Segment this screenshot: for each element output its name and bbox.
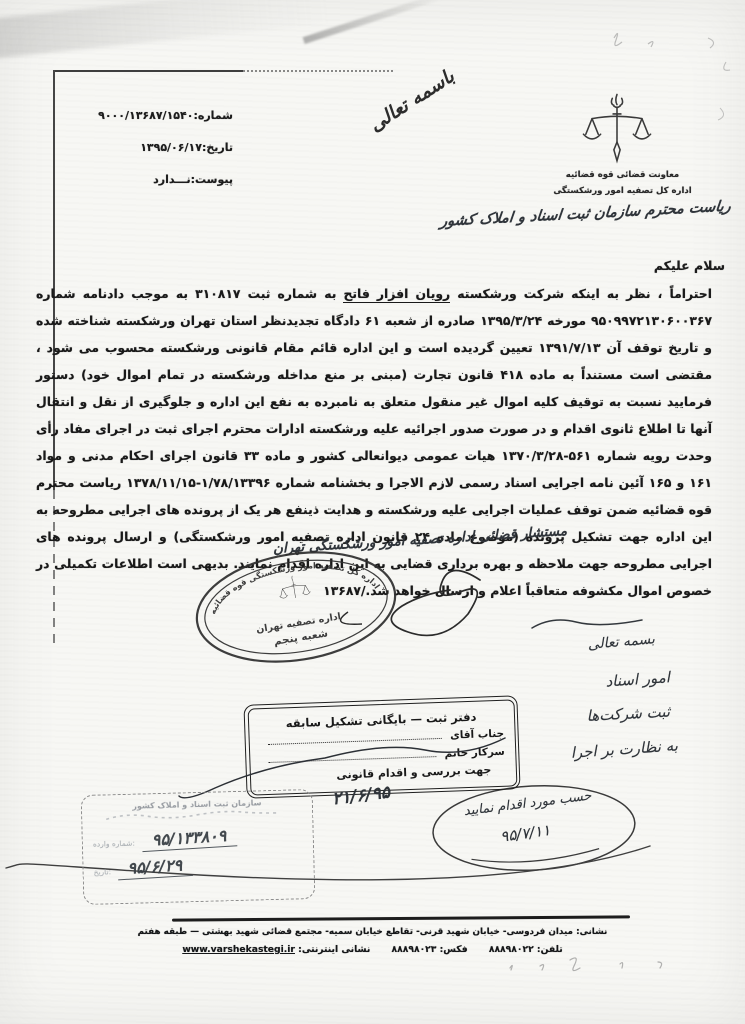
website-url: www.varshekastegi.ir — [182, 944, 295, 955]
incoming-date-value: ۹۵/۶/۲۹ — [117, 855, 193, 881]
letter-meta-block: شماره:۹۰۰۰/۱۳۶۸۷/۱۵۴۰ تاریخ:۱۳۹۵/۰۶/۱۷ پ… — [43, 100, 233, 196]
letter-attachment-row: پیوست:نـــدارد — [43, 164, 233, 196]
footer-address: نشانی: میدان فردوسی- خیابان شهید قرنی- ت… — [0, 927, 745, 937]
stamp-scales-icon — [277, 574, 311, 601]
footer-divider-line — [172, 915, 630, 921]
salutation: سلام علیکم — [654, 258, 725, 273]
letter-number-label: شماره: — [193, 109, 233, 122]
incoming-number-label: شماره وارده: — [93, 839, 135, 852]
letter-number-value: ۹۰۰۰/۱۳۶۸۷/۱۵۴۰ — [98, 109, 193, 122]
scan-border-line — [243, 70, 393, 72]
bismillah-calligraphy: باسمه تعالی — [346, 65, 459, 149]
signature-scribble — [320, 552, 500, 652]
fax-label: فکس: — [440, 944, 468, 955]
pencil-marks-bottom — [500, 952, 680, 982]
incoming-date-label: تاریخ: — [94, 867, 112, 879]
routing-note-enforcement: به نظارت بر اجرا — [518, 736, 679, 765]
letter-date-value: ۱۳۹۵/۰۶/۱۷ — [140, 141, 202, 154]
footer-web: نشانی اینترنتی: www.varshekastegi.ir — [182, 944, 370, 955]
letter-date-label: تاریخ: — [202, 141, 233, 154]
routing-note-bismillah: بسمه تعالی — [545, 631, 656, 657]
letter-number-row: شماره:۹۰۰۰/۱۳۶۸۷/۱۵۴۰ — [43, 100, 233, 132]
scan-streak — [0, 0, 331, 61]
scanned-letter-page: شماره:۹۰۰۰/۱۳۶۸۷/۱۵۴۰ تاریخ:۱۳۹۵/۰۶/۱۷ پ… — [0, 0, 745, 1024]
company-name-underlined: رویان افزار فاتح — [343, 286, 450, 303]
org-name-line2: اداره کل تصفیه امور ورشکستگی — [540, 186, 705, 196]
incoming-date-row: تاریخ: ۹۵/۶/۲۹ — [93, 853, 303, 879]
incoming-receipt-stamp: سازمان ثبت اسناد و املاک کشور شماره وارد… — [81, 789, 316, 905]
incoming-number-row: شماره وارده: ۹۵/۱۳۳۸۰۹ — [93, 825, 303, 851]
web-label: نشانی اینترنتی: — [298, 944, 370, 955]
routing-note-deeds: امور اسناد — [560, 668, 671, 694]
incoming-number-value: ۹۵/۱۳۳۸۰۹ — [141, 825, 237, 852]
footer-fax: فکس: ۸۸۸۹۸۰۲۳ — [392, 944, 468, 955]
routing-squiggle — [528, 614, 648, 634]
judiciary-scales-logo — [578, 90, 656, 166]
routing-note-companies: ثبت شرکت‌ها — [540, 703, 671, 728]
scan-border-line — [53, 70, 243, 72]
letter-attachment-value: نـــدارد — [153, 173, 191, 186]
letter-attachment-label: پیوست: — [191, 173, 233, 186]
body-text-part1: احتراماً ، نظر به اینکه شرکت ورشکسته — [450, 286, 712, 301]
fax-value: ۸۸۸۹۸۰۲۳ — [392, 944, 437, 955]
org-name-line1: معاونت قضائی قوه قضائیه — [540, 170, 705, 180]
letter-date-row: تاریخ:۱۳۹۵/۰۶/۱۷ — [43, 132, 233, 164]
addressee-line: ریاست محترم سازمان ثبت اسناد و املاک کشو… — [370, 199, 731, 234]
